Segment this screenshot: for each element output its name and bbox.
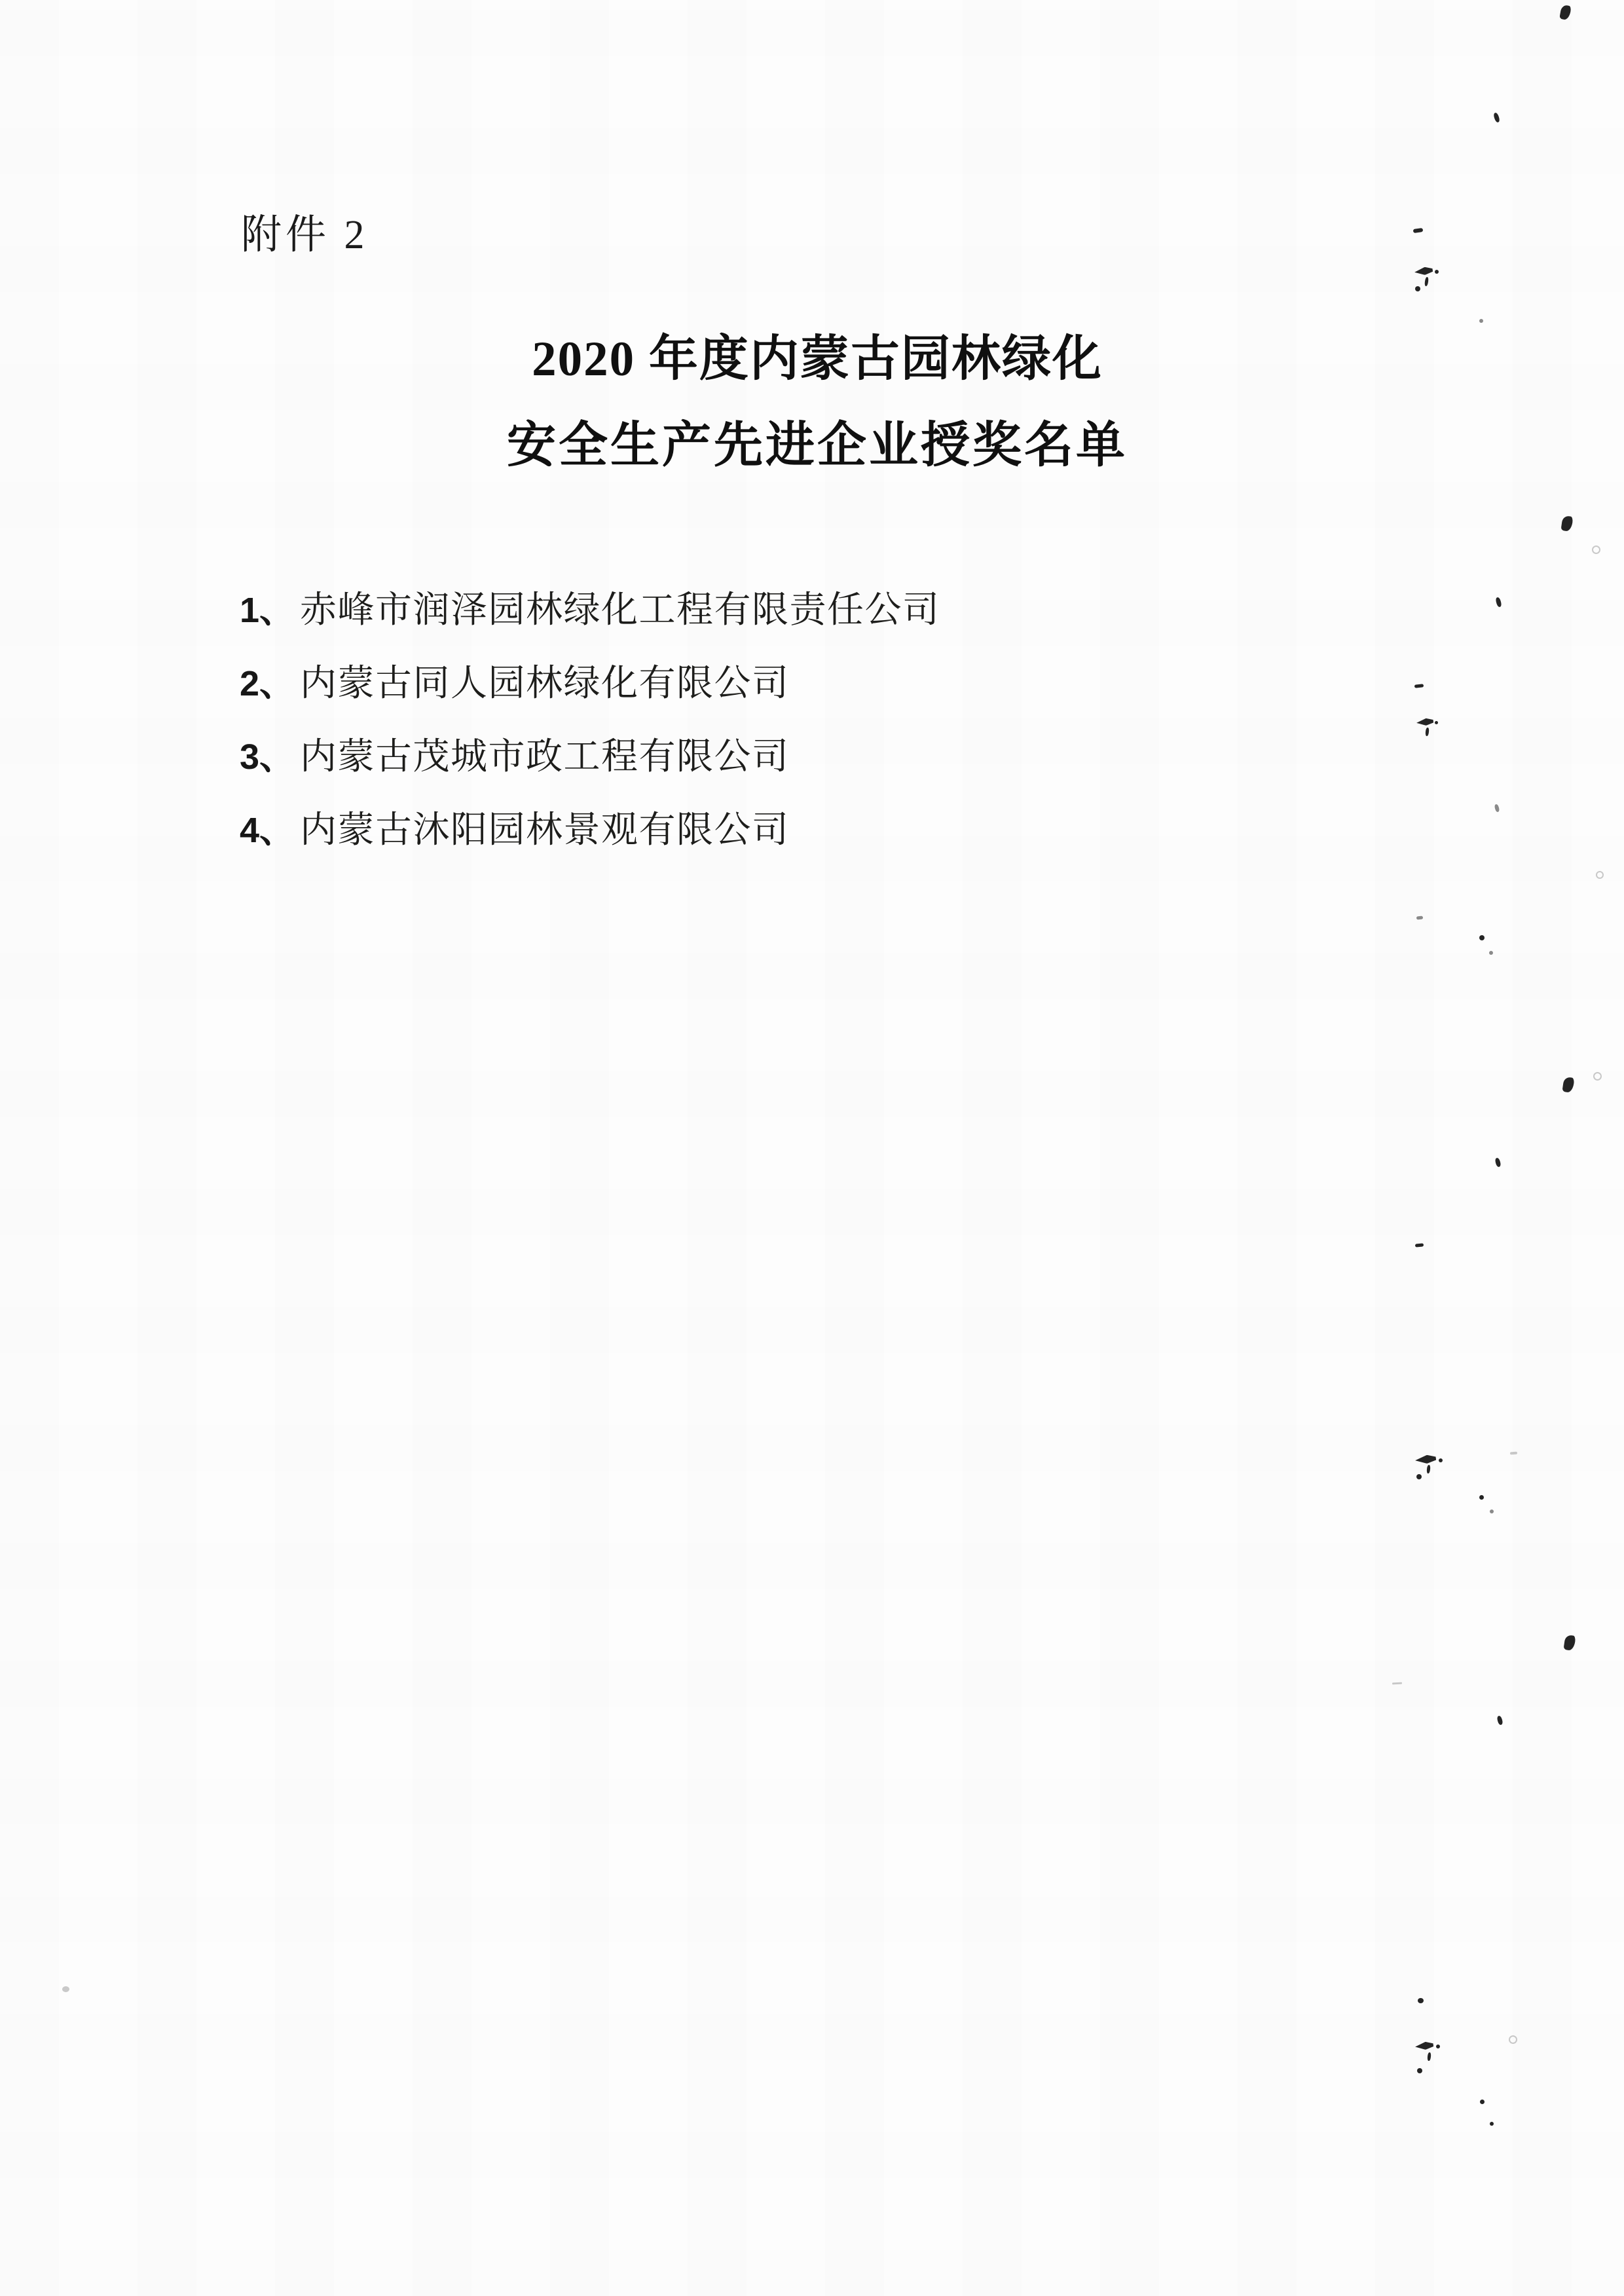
list-item-number: 3、 — [240, 735, 300, 779]
scan-speck — [1392, 1682, 1402, 1685]
scan-speck — [1494, 1157, 1501, 1167]
list-item-number: 2、 — [240, 662, 300, 705]
scan-speck — [1495, 597, 1502, 607]
scan-speck — [1414, 267, 1433, 276]
list-item-number: 1、 — [240, 589, 300, 632]
scan-speck — [1427, 2052, 1431, 2061]
list-item: 4、 内蒙古沐阳园林景观有限公司 — [240, 809, 940, 882]
scan-speck — [1424, 277, 1429, 287]
scan-speck — [1489, 951, 1493, 955]
scan-speck — [1509, 2035, 1517, 2044]
scan-speck — [1415, 286, 1420, 291]
company-name: 内蒙古茂城市政工程有限公司 — [300, 735, 790, 779]
scan-speck — [1425, 728, 1429, 736]
scan-speck — [1480, 2100, 1485, 2104]
scan-speck — [1596, 871, 1604, 879]
scan-speck — [1562, 1077, 1574, 1093]
scan-speck — [1416, 1474, 1422, 1479]
scan-speck — [1413, 228, 1424, 233]
scan-speck — [1479, 1495, 1484, 1500]
company-name: 赤峰市润泽园林绿化工程有限责任公司 — [300, 589, 940, 632]
scan-speck — [1417, 2068, 1422, 2073]
scan-speck — [1559, 5, 1572, 20]
scan-speck — [1563, 1635, 1576, 1651]
scan-speck — [1435, 270, 1439, 274]
scan-speck — [1479, 319, 1483, 323]
list-item: 2、 内蒙古同人园林绿化有限公司 — [240, 662, 940, 735]
scan-speck — [1414, 684, 1424, 688]
scan-speck — [1414, 1454, 1436, 1465]
scan-speck — [1593, 1072, 1602, 1081]
scan-speck — [1493, 112, 1500, 122]
scan-speck — [1436, 2045, 1440, 2048]
scan-speck — [1560, 515, 1573, 532]
list-item-number: 4、 — [240, 809, 300, 852]
scan-speck — [1426, 1465, 1430, 1473]
list-item: 1、 赤峰市润泽园林绿化工程有限责任公司 — [240, 589, 940, 662]
document-title-line-1: 2020 年度内蒙古园林绿化 — [0, 331, 1624, 388]
scan-speck — [1490, 1509, 1494, 1513]
scan-speck — [1415, 1243, 1424, 1247]
award-company-list: 1、 赤峰市润泽园林绿化工程有限责任公司 2、 内蒙古同人园林绿化有限公司 3、… — [240, 589, 940, 882]
scan-speck — [1415, 2041, 1434, 2050]
scan-speck — [1418, 1998, 1424, 2003]
scan-speck — [1496, 1715, 1503, 1725]
scan-speck — [1416, 718, 1434, 726]
list-item: 3、 内蒙古茂城市政工程有限公司 — [240, 735, 940, 809]
attachment-label: 附件 2 — [241, 212, 369, 258]
scan-speck — [1435, 721, 1438, 724]
scan-speck — [1490, 2122, 1494, 2126]
scan-speck — [1510, 1452, 1517, 1455]
scanned-document-page: 附件 2 2020 年度内蒙古园林绿化 安全生产先进企业授奖名单 1、 赤峰市润… — [0, 0, 1624, 2296]
company-name: 内蒙古沐阳园林景观有限公司 — [300, 809, 790, 852]
scan-speck — [1416, 916, 1423, 920]
company-name: 内蒙古同人园林绿化有限公司 — [300, 662, 790, 705]
scan-speck — [62, 1986, 69, 1992]
document-title-line-2: 安全生产先进企业授奖名单 — [0, 418, 1624, 474]
scan-speck — [1439, 1458, 1443, 1462]
scan-speck — [1494, 804, 1500, 812]
scan-speck — [1479, 935, 1485, 940]
scan-speck — [1592, 546, 1600, 554]
